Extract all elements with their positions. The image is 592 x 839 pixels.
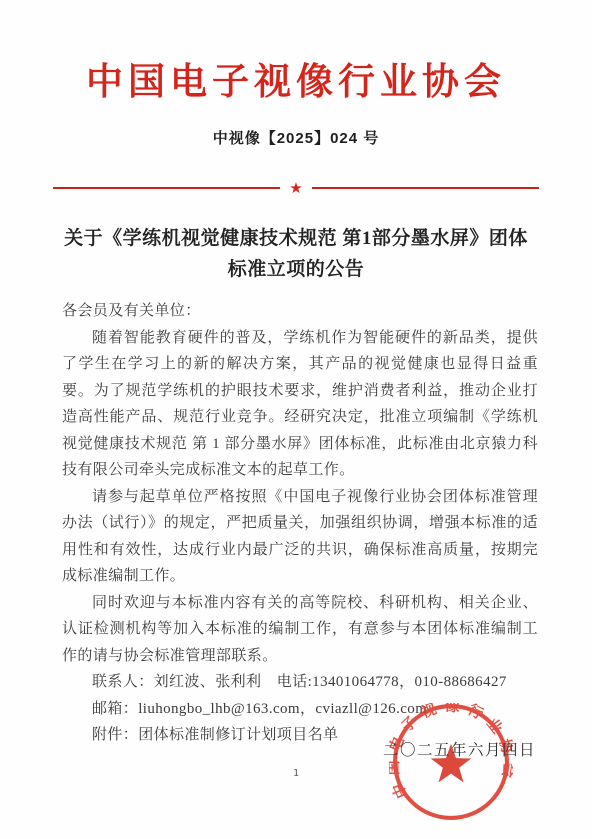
divider-rule: ★ bbox=[53, 180, 539, 196]
salutation: 各会员及有关单位： bbox=[62, 298, 538, 325]
divider-line-right bbox=[312, 187, 539, 189]
document-body: 各会员及有关单位： 随着智能教育硬件的普及，学练机作为智能硬件的新品类，提供了学… bbox=[62, 298, 538, 749]
star-icon: ★ bbox=[280, 181, 311, 196]
org-name-header: 中国电子视像行业协会 bbox=[0, 60, 592, 106]
body-paragraph-3: 同时欢迎与本标准内容有关的高等院校、科研机构、相关企业、认证检测机构等加入本标准… bbox=[62, 590, 538, 670]
date-line: 二〇二五年六月四日 bbox=[383, 738, 536, 760]
body-paragraph-1: 随着智能教育硬件的普及，学练机作为智能硬件的新品类，提供了学生在学习上的新的解决… bbox=[62, 325, 538, 484]
contact-line: 联系人：刘红波、张利利 电话:13401064778，010-88686427 bbox=[62, 669, 538, 696]
doc-title: 关于《学练机视觉健康技术规范 第1部分墨水屏》团体 标准立项的公告 bbox=[0, 223, 592, 285]
document-page: 中国电子视像行业协会 中视像【2025】024 号 ★ 关于《学练机视觉健康技术… bbox=[0, 0, 592, 839]
doc-number: 中视像【2025】024 号 bbox=[0, 127, 592, 148]
doc-title-line-1: 关于《学练机视觉健康技术规范 第1部分墨水屏》团体 bbox=[0, 223, 592, 254]
page-number: 1 bbox=[0, 768, 592, 779]
body-paragraph-2: 请参与起草单位严格按照《中国电子视像行业协会团体标准管理办法（试行）》的规定，严… bbox=[62, 484, 538, 590]
doc-title-line-2: 标准立项的公告 bbox=[0, 254, 592, 285]
divider-line-left bbox=[53, 187, 280, 189]
official-seal: 中国电子视像行业协会 bbox=[389, 703, 513, 821]
